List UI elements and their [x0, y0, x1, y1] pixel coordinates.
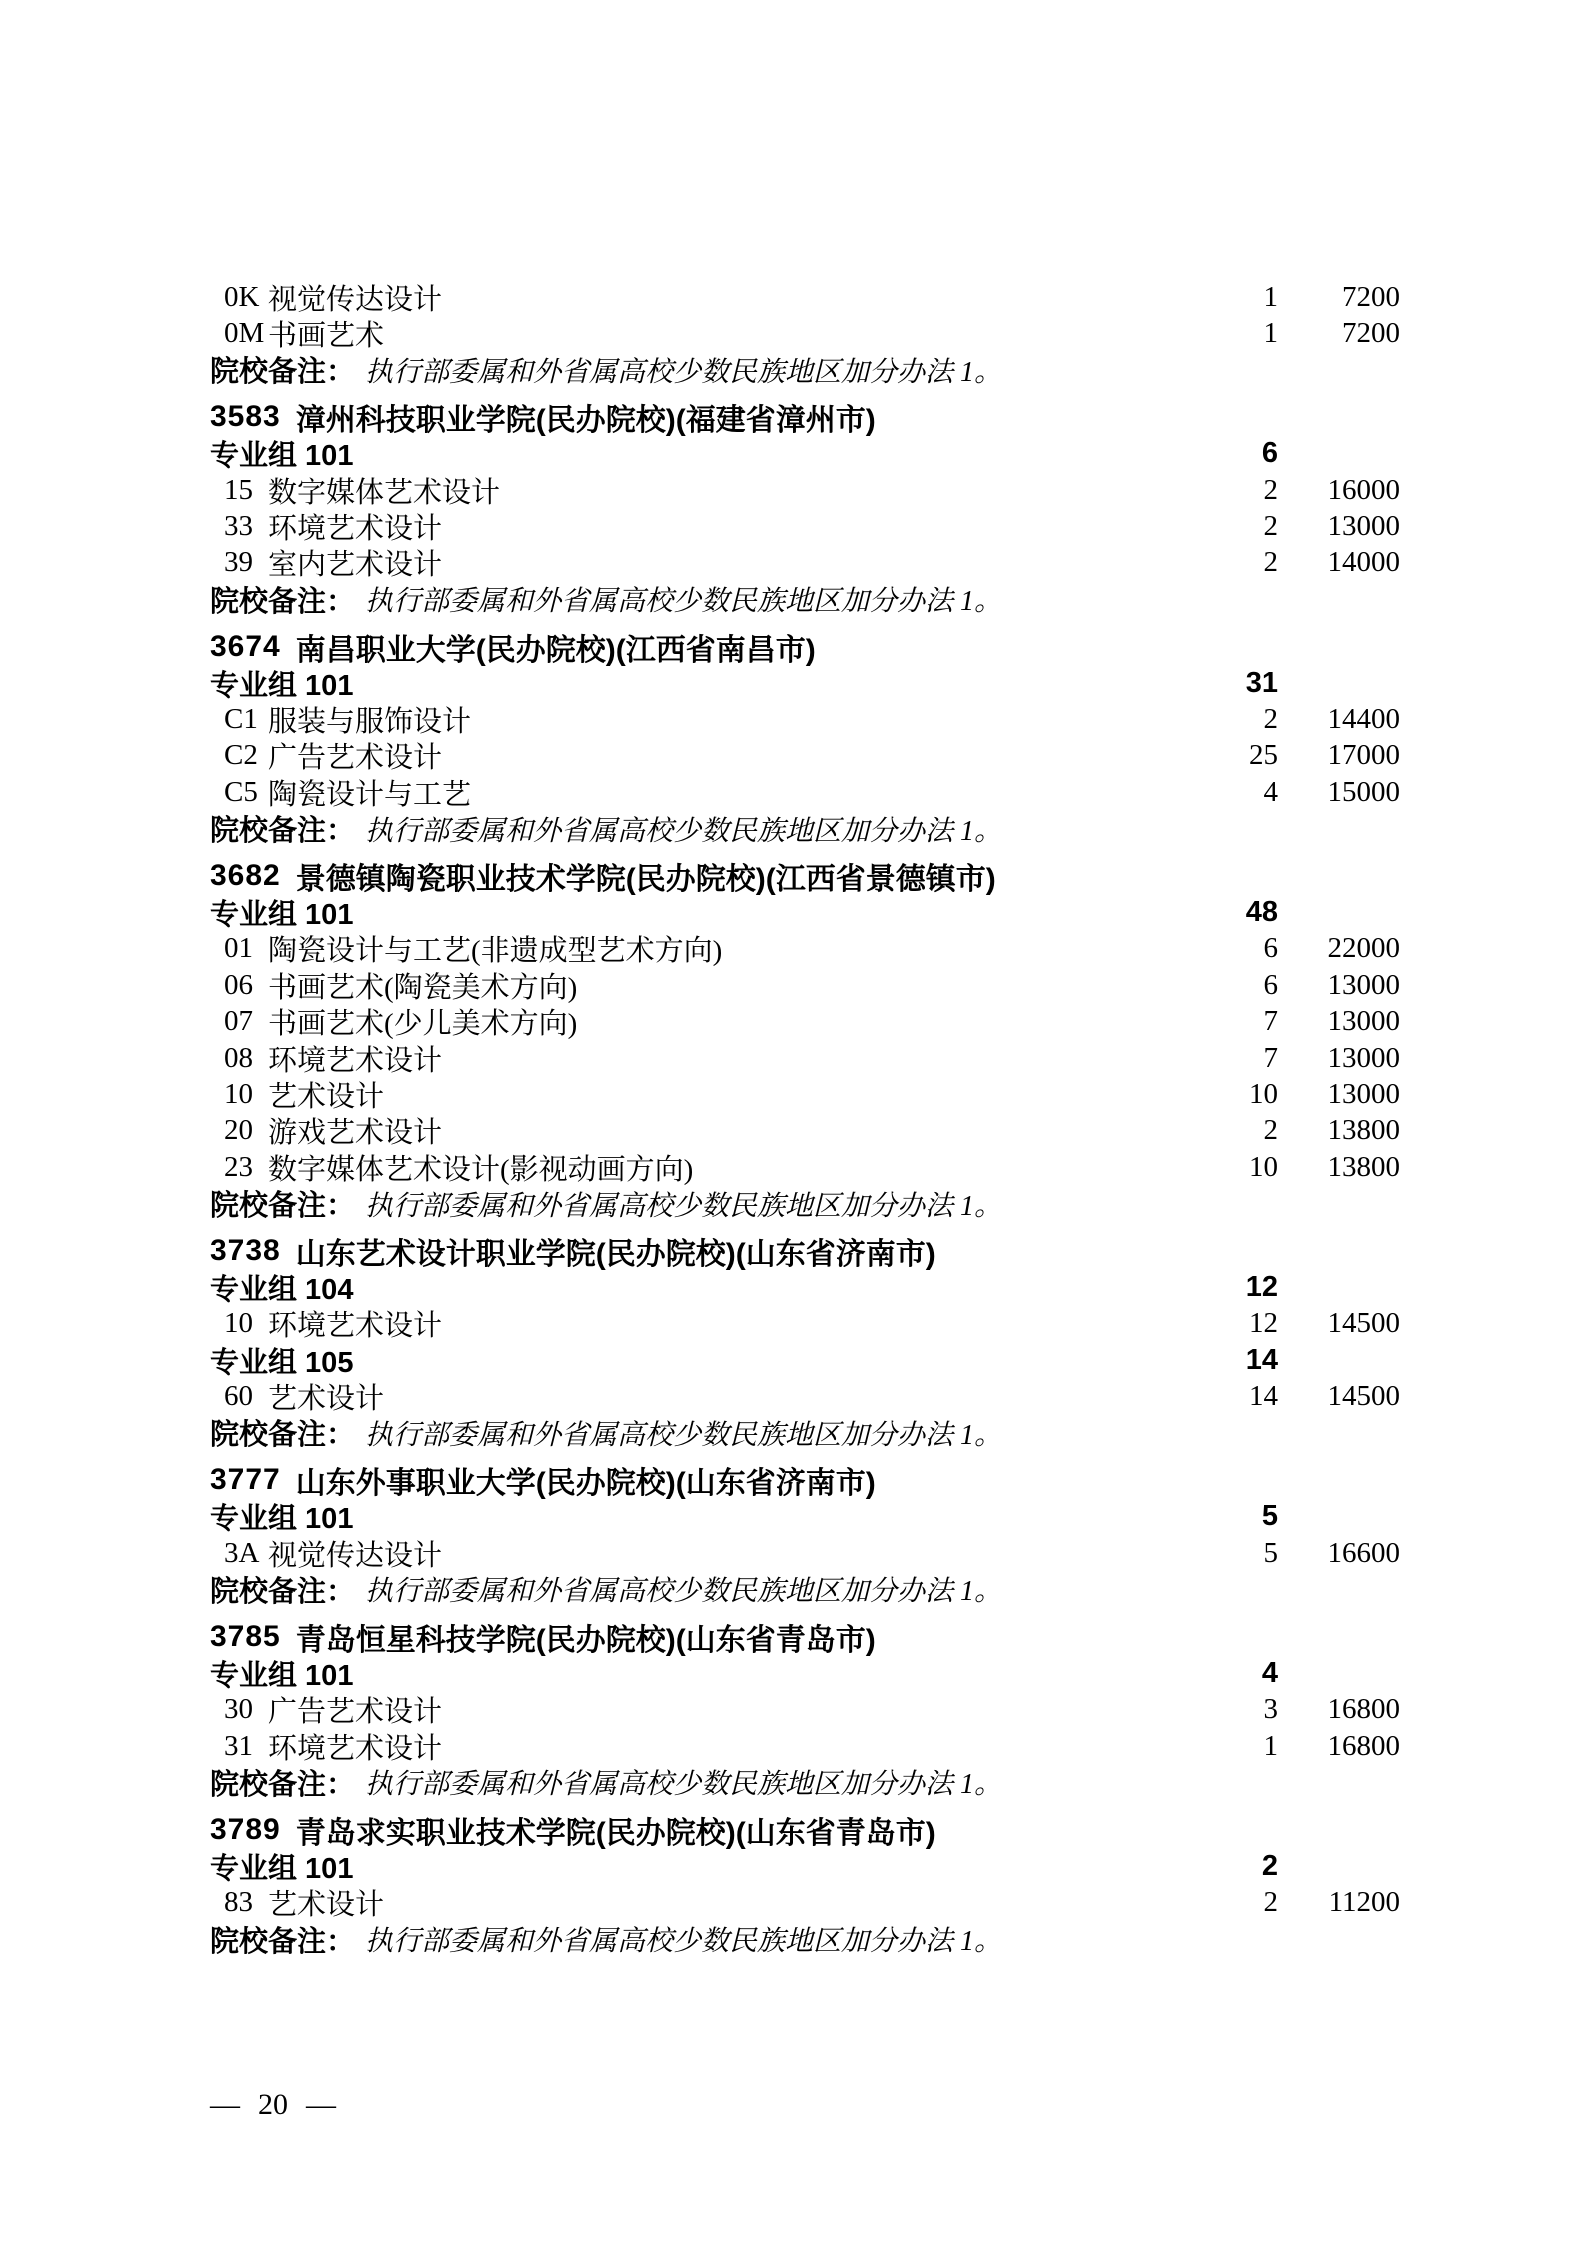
- major-main: 0M 书画艺术: [210, 313, 1150, 354]
- major-fee: 14500: [1278, 1380, 1400, 1413]
- group-label: 专业组 101: [210, 892, 353, 933]
- major-row: 06 书画艺术(陶瓷美术方向) 6 13000: [210, 967, 1400, 1003]
- group-count: 6: [1150, 437, 1278, 470]
- major-main: 10 环境艺术设计: [210, 1303, 1150, 1344]
- major-fee: 11200: [1278, 1886, 1400, 1919]
- major-count: 2: [1150, 1886, 1278, 1919]
- major-fee: 15000: [1278, 776, 1400, 809]
- major-row: 20 游戏艺术设计 2 13800: [210, 1113, 1400, 1149]
- group-label: 专业组 105: [210, 1340, 353, 1381]
- major-name: 书画艺术(少儿美术方向): [268, 1001, 577, 1042]
- school-heading: 3583 漳州科技职业学院(民办院校)(福建省漳州市): [210, 399, 1400, 435]
- group-label: 专业组 101: [210, 1846, 353, 1887]
- school-heading: 3777 山东外事职业大学(民办院校)(山东省济南市): [210, 1462, 1400, 1498]
- major-code: 06: [224, 969, 268, 1002]
- group-main: 专业组 101: [210, 892, 1150, 933]
- major-count: 10: [1150, 1151, 1278, 1184]
- major-code: 0M: [224, 317, 268, 350]
- major-fee: 17000: [1278, 739, 1400, 772]
- major-count: 1: [1150, 1730, 1278, 1763]
- major-code: 01: [224, 932, 268, 965]
- major-code: 3A: [224, 1537, 268, 1570]
- school-heading: 3738 山东艺术设计职业学院(民办院校)(山东省济南市): [210, 1233, 1400, 1269]
- remark-text: 执行部委属和外省属高校少数民族地区加分办法 1。: [365, 579, 1002, 619]
- major-code: 33: [224, 510, 268, 543]
- group-main: 专业组 101: [210, 433, 1150, 474]
- major-name: 视觉传达设计: [268, 1533, 442, 1574]
- remark-label: 院校备注：: [210, 1183, 355, 1224]
- major-fee: 14000: [1278, 546, 1400, 579]
- major-count: 1: [1150, 281, 1278, 314]
- school-code: 3738: [210, 1234, 281, 1268]
- major-code: 0K: [224, 281, 268, 314]
- major-fee: 13000: [1278, 969, 1400, 1002]
- group-main: 专业组 105: [210, 1340, 1150, 1381]
- major-count: 2: [1150, 703, 1278, 736]
- major-code: 10: [224, 1307, 268, 1340]
- major-name: 服装与服饰设计: [268, 699, 471, 740]
- major-code: C2: [224, 739, 268, 772]
- group-main: 专业组 101: [210, 663, 1150, 704]
- group-main: 专业组 101: [210, 1496, 1150, 1537]
- group-count: 31: [1150, 667, 1278, 700]
- school-remark: 院校备注： 执行部委属和外省属高校少数民族地区加分办法 1。: [210, 1185, 1400, 1221]
- major-code: 07: [224, 1005, 268, 1038]
- group-label: 专业组 101: [210, 1496, 353, 1537]
- major-count: 2: [1150, 546, 1278, 579]
- major-main: 23 数字媒体艺术设计(影视动画方向): [210, 1147, 1150, 1188]
- group-row: 专业组 105 14: [210, 1342, 1400, 1378]
- school-remark: 院校备注： 执行部委属和外省属高校少数民族地区加分办法 1。: [210, 1764, 1400, 1800]
- major-row: 0M 书画艺术 1 7200: [210, 315, 1400, 351]
- major-main: 01 陶瓷设计与工艺(非遗成型艺术方向): [210, 928, 1150, 969]
- major-count: 25: [1150, 739, 1278, 772]
- remark-label: 院校备注：: [210, 1762, 355, 1803]
- major-code: 39: [224, 546, 268, 579]
- remark-text: 执行部委属和外省属高校少数民族地区加分办法 1。: [365, 350, 1002, 390]
- major-name: 环境艺术设计: [268, 1726, 442, 1767]
- major-code: C1: [224, 703, 268, 736]
- page-footer: — 20 —: [210, 2088, 336, 2122]
- major-row: 10 艺术设计 10 13000: [210, 1076, 1400, 1112]
- school-remark: 院校备注： 执行部委属和外省属高校少数民族地区加分办法 1。: [210, 1921, 1400, 1957]
- major-count: 2: [1150, 1114, 1278, 1147]
- school-code: 3777: [210, 1463, 281, 1497]
- group-row: 专业组 101 31: [210, 665, 1400, 701]
- major-row: 0K 视觉传达设计 1 7200: [210, 279, 1400, 315]
- major-fee: 13000: [1278, 1042, 1400, 1075]
- group-main: 专业组 101: [210, 1846, 1150, 1887]
- remark-text: 执行部委属和外省属高校少数民族地区加分办法 1。: [365, 1569, 1002, 1609]
- major-code: C5: [224, 776, 268, 809]
- group-row: 专业组 101 6: [210, 436, 1400, 472]
- major-row: 31 环境艺术设计 1 16800: [210, 1728, 1400, 1764]
- major-fee: 14500: [1278, 1307, 1400, 1340]
- major-row: 08 环境艺术设计 7 13000: [210, 1040, 1400, 1076]
- major-name: 广告艺术设计: [268, 1689, 442, 1730]
- major-fee: 13800: [1278, 1151, 1400, 1184]
- major-row: 30 广告艺术设计 3 16800: [210, 1691, 1400, 1727]
- school-remark: 院校备注： 执行部委属和外省属高校少数民族地区加分办法 1。: [210, 581, 1400, 617]
- major-main: 08 环境艺术设计: [210, 1038, 1150, 1079]
- group-main: 专业组 104: [210, 1267, 1150, 1308]
- major-row: 39 室内艺术设计 2 14000: [210, 545, 1400, 581]
- major-name: 艺术设计: [268, 1074, 384, 1115]
- major-code: 31: [224, 1730, 268, 1763]
- school-remark: 院校备注： 执行部委属和外省属高校少数民族地区加分办法 1。: [210, 810, 1400, 846]
- major-main: 0K 视觉传达设计: [210, 277, 1150, 318]
- major-count: 7: [1150, 1005, 1278, 1038]
- major-main: C5 陶瓷设计与工艺: [210, 772, 1150, 813]
- major-row: 33 环境艺术设计 2 13000: [210, 508, 1400, 544]
- major-main: 83 艺术设计: [210, 1882, 1150, 1923]
- major-main: 07 书画艺术(少儿美术方向): [210, 1001, 1150, 1042]
- major-count: 12: [1150, 1307, 1278, 1340]
- major-fee: 13000: [1278, 1078, 1400, 1111]
- group-row: 专业组 101 5: [210, 1499, 1400, 1535]
- group-label: 专业组 101: [210, 433, 353, 474]
- remark-text: 执行部委属和外省属高校少数民族地区加分办法 1。: [365, 1184, 1002, 1224]
- group-row: 专业组 101 48: [210, 894, 1400, 930]
- major-main: 10 艺术设计: [210, 1074, 1150, 1115]
- major-fee: 22000: [1278, 932, 1400, 965]
- school-code: 3583: [210, 400, 281, 434]
- school-heading: 3682 景德镇陶瓷职业技术学院(民办院校)(江西省景德镇市): [210, 858, 1400, 894]
- group-row: 专业组 104 12: [210, 1269, 1400, 1305]
- major-name: 陶瓷设计与工艺(非遗成型艺术方向): [268, 928, 722, 969]
- remark-label: 院校备注：: [210, 1412, 355, 1453]
- major-fee: 14400: [1278, 703, 1400, 736]
- remark-text: 执行部委属和外省属高校少数民族地区加分办法 1。: [365, 1762, 1002, 1802]
- major-row: 60 艺术设计 14 14500: [210, 1378, 1400, 1414]
- major-fee: 16000: [1278, 474, 1400, 507]
- major-fee: 16600: [1278, 1537, 1400, 1570]
- remark-label: 院校备注：: [210, 808, 355, 849]
- school-remark: 院校备注： 执行部委属和外省属高校少数民族地区加分办法 1。: [210, 1415, 1400, 1451]
- major-name: 室内艺术设计: [268, 542, 442, 583]
- document-page: { "page": { "background": "#ffffff", "te…: [0, 0, 1587, 2245]
- major-name: 书画艺术: [268, 313, 384, 354]
- major-code: 30: [224, 1693, 268, 1726]
- major-row: 15 数字媒体艺术设计 2 16000: [210, 472, 1400, 508]
- group-count: 48: [1150, 896, 1278, 929]
- major-code: 15: [224, 474, 268, 507]
- major-row: 07 书画艺术(少儿美术方向) 7 13000: [210, 1003, 1400, 1039]
- major-count: 6: [1150, 932, 1278, 965]
- remark-text: 执行部委属和外省属高校少数民族地区加分办法 1。: [365, 1413, 1002, 1453]
- group-main: 专业组 101: [210, 1653, 1150, 1694]
- major-name: 艺术设计: [268, 1376, 384, 1417]
- school-code: 3682: [210, 859, 281, 893]
- major-fee: 16800: [1278, 1693, 1400, 1726]
- remark-text: 执行部委属和外省属高校少数民族地区加分办法 1。: [365, 1919, 1002, 1959]
- major-count: 14: [1150, 1380, 1278, 1413]
- major-name: 视觉传达设计: [268, 277, 442, 318]
- major-row: 23 数字媒体艺术设计(影视动画方向) 10 13800: [210, 1149, 1400, 1185]
- major-count: 10: [1150, 1078, 1278, 1111]
- group-label: 专业组 101: [210, 1653, 353, 1694]
- major-count: 4: [1150, 776, 1278, 809]
- page-content: 0K 视觉传达设计 1 7200 0M 书画艺术 1 7200 院校备注： 执行…: [210, 279, 1400, 1957]
- major-fee: 7200: [1278, 317, 1400, 350]
- major-code: 83: [224, 1886, 268, 1919]
- major-code: 23: [224, 1151, 268, 1184]
- major-name: 环境艺术设计: [268, 506, 442, 547]
- school-code: 3785: [210, 1620, 281, 1654]
- school-remark: 院校备注： 执行部委属和外省属高校少数民族地区加分办法 1。: [210, 352, 1400, 388]
- footer-right-dash: —: [306, 2088, 336, 2122]
- remark-label: 院校备注：: [210, 1569, 355, 1610]
- group-label: 专业组 101: [210, 663, 353, 704]
- major-main: 60 艺术设计: [210, 1376, 1150, 1417]
- major-row: 83 艺术设计 2 11200: [210, 1884, 1400, 1920]
- major-row: 3A 视觉传达设计 5 16600: [210, 1535, 1400, 1571]
- major-name: 游戏艺术设计: [268, 1110, 442, 1151]
- major-name: 陶瓷设计与工艺: [268, 772, 471, 813]
- major-count: 7: [1150, 1042, 1278, 1075]
- major-main: 15 数字媒体艺术设计: [210, 470, 1150, 511]
- major-row: C2 广告艺术设计 25 17000: [210, 738, 1400, 774]
- major-main: 33 环境艺术设计: [210, 506, 1150, 547]
- group-row: 专业组 101 4: [210, 1655, 1400, 1691]
- remark-text: 执行部委属和外省属高校少数民族地区加分办法 1。: [365, 809, 1002, 849]
- remark-label: 院校备注：: [210, 579, 355, 620]
- major-fee: 13000: [1278, 1005, 1400, 1038]
- footer-left-dash: —: [210, 2088, 240, 2122]
- major-fee: 13800: [1278, 1114, 1400, 1147]
- remark-label: 院校备注：: [210, 349, 355, 390]
- school-heading: 3785 青岛恒星科技学院(民办院校)(山东省青岛市): [210, 1619, 1400, 1655]
- major-main: 39 室内艺术设计: [210, 542, 1150, 583]
- major-count: 6: [1150, 969, 1278, 1002]
- major-fee: 16800: [1278, 1730, 1400, 1763]
- school-heading: 3789 青岛求实职业技术学院(民办院校)(山东省青岛市): [210, 1812, 1400, 1848]
- major-count: 1: [1150, 317, 1278, 350]
- major-code: 08: [224, 1042, 268, 1075]
- major-row: 10 环境艺术设计 12 14500: [210, 1306, 1400, 1342]
- page-number: 20: [258, 2088, 288, 2122]
- major-main: C2 广告艺术设计: [210, 735, 1150, 776]
- school-remark: 院校备注： 执行部委属和外省属高校少数民族地区加分办法 1。: [210, 1571, 1400, 1607]
- major-row: C5 陶瓷设计与工艺 4 15000: [210, 774, 1400, 810]
- school-heading: 3674 南昌职业大学(民办院校)(江西省南昌市): [210, 629, 1400, 665]
- major-code: 60: [224, 1380, 268, 1413]
- major-main: 3A 视觉传达设计: [210, 1533, 1150, 1574]
- major-fee: 7200: [1278, 281, 1400, 314]
- major-name: 书画艺术(陶瓷美术方向): [268, 965, 577, 1006]
- major-code: 10: [224, 1078, 268, 1111]
- major-name: 艺术设计: [268, 1882, 384, 1923]
- group-label: 专业组 104: [210, 1267, 353, 1308]
- major-count: 2: [1150, 474, 1278, 507]
- major-fee: 13000: [1278, 510, 1400, 543]
- major-main: 30 广告艺术设计: [210, 1689, 1150, 1730]
- major-main: 20 游戏艺术设计: [210, 1110, 1150, 1151]
- major-count: 3: [1150, 1693, 1278, 1726]
- major-name: 数字媒体艺术设计(影视动画方向): [268, 1147, 693, 1188]
- school-code: 3674: [210, 630, 281, 664]
- major-code: 20: [224, 1114, 268, 1147]
- major-name: 广告艺术设计: [268, 735, 442, 776]
- group-count: 12: [1150, 1271, 1278, 1304]
- school-code: 3789: [210, 1813, 281, 1847]
- remark-label: 院校备注：: [210, 1919, 355, 1960]
- major-count: 5: [1150, 1537, 1278, 1570]
- major-count: 2: [1150, 510, 1278, 543]
- major-row: 01 陶瓷设计与工艺(非遗成型艺术方向) 6 22000: [210, 931, 1400, 967]
- group-row: 专业组 101 2: [210, 1848, 1400, 1884]
- major-main: 31 环境艺术设计: [210, 1726, 1150, 1767]
- major-name: 环境艺术设计: [268, 1303, 442, 1344]
- major-name: 数字媒体艺术设计: [268, 470, 500, 511]
- major-main: C1 服装与服饰设计: [210, 699, 1150, 740]
- major-row: C1 服装与服饰设计 2 14400: [210, 701, 1400, 737]
- major-main: 06 书画艺术(陶瓷美术方向): [210, 965, 1150, 1006]
- group-count: 5: [1150, 1500, 1278, 1533]
- group-count: 2: [1150, 1850, 1278, 1883]
- major-name: 环境艺术设计: [268, 1038, 442, 1079]
- group-count: 4: [1150, 1657, 1278, 1690]
- group-count: 14: [1150, 1344, 1278, 1377]
